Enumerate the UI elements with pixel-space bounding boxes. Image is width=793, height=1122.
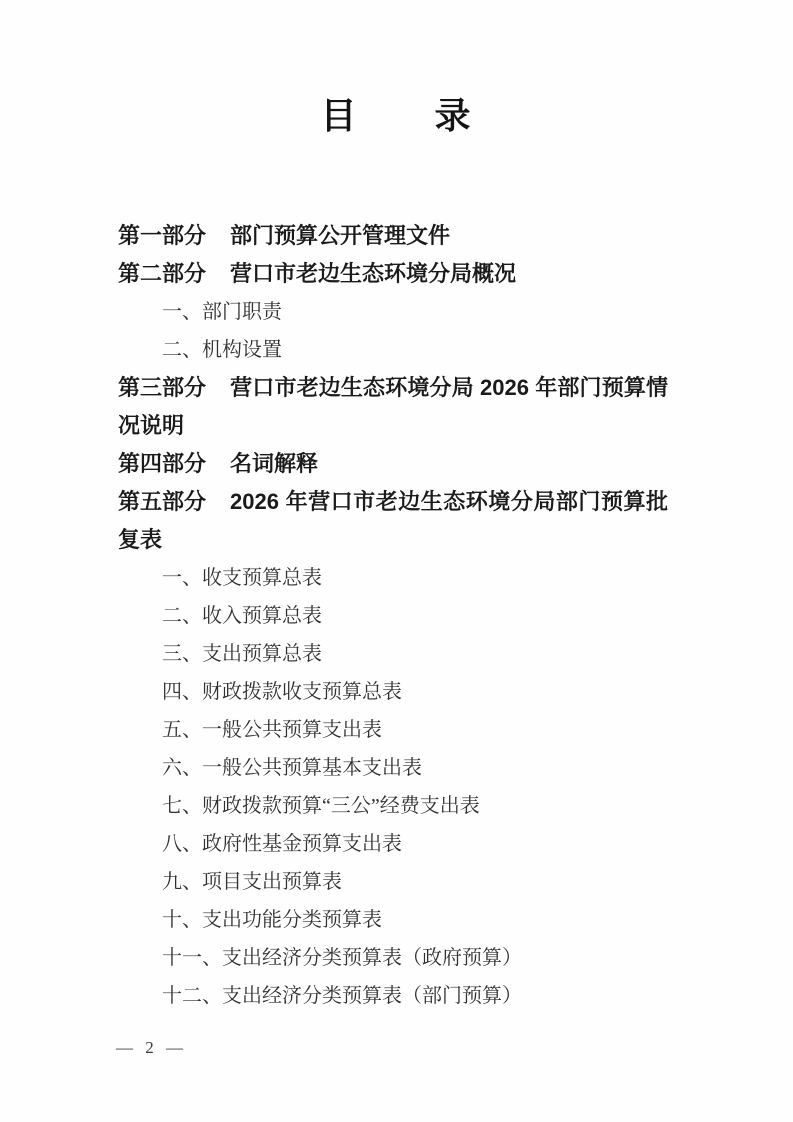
toc-item-text: 五、一般公共预算支出表 (162, 719, 382, 741)
toc-item-entry: 四、财政拨款收支预算总表 (118, 673, 668, 711)
page-number: — 2 — (116, 1038, 187, 1058)
toc-item-entry: 一、部门职责 (118, 293, 668, 331)
toc-section-label: 第四部分 (118, 445, 230, 483)
page-title: 目 录 (0, 0, 793, 139)
toc-item-text: 八、政府性基金预算支出表 (162, 833, 402, 855)
toc-section-entry: 第四部分名词解释 (118, 445, 668, 483)
toc-item-text: 二、收入预算总表 (162, 605, 322, 627)
toc-section-entry: 第一部分部门预算公开管理文件 (118, 217, 668, 255)
toc-item-text: 一、收支预算总表 (162, 567, 322, 589)
toc-section-title: 名词解释 (230, 451, 318, 476)
toc-item-entry: 一、收支预算总表 (118, 559, 668, 597)
toc-item-text: 七、财政拨款预算“三公”经费支出表 (162, 795, 480, 817)
toc-item-text: 十、支出功能分类预算表 (162, 909, 382, 931)
toc-section-entry: 第五部分2026 年营口市老边生态环境分局部门预算批复表 (118, 483, 668, 559)
toc-item-text: 十二、支出经济分类预算表（部门预算） (162, 985, 522, 1007)
toc-item-entry: 九、项目支出预算表 (118, 863, 668, 901)
toc-item-text: 十一、支出经济分类预算表（政府预算） (162, 947, 522, 969)
toc-section-entry: 第三部分营口市老边生态环境分局 2026 年部门预算情况说明 (118, 369, 668, 445)
toc-item-entry: 十、支出功能分类预算表 (118, 901, 668, 939)
toc-section-label: 第二部分 (118, 255, 230, 293)
toc-item-text: 九、项目支出预算表 (162, 871, 342, 893)
toc-item-entry: 七、财政拨款预算“三公”经费支出表 (118, 787, 668, 825)
toc-item-text: 一、部门职责 (162, 301, 282, 323)
toc-item-entry: 三、支出预算总表 (118, 635, 668, 673)
toc-item-entry: 二、收入预算总表 (118, 597, 668, 635)
toc-section-title: 营口市老边生态环境分局概况 (230, 261, 516, 286)
toc-section-entry: 第二部分营口市老边生态环境分局概况 (118, 255, 668, 293)
toc-item-text: 六、一般公共预算基本支出表 (162, 757, 422, 779)
toc-item-text: 四、财政拨款收支预算总表 (162, 681, 402, 703)
toc-item-entry: 八、政府性基金预算支出表 (118, 825, 668, 863)
toc-item-text: 二、机构设置 (162, 339, 282, 361)
toc-item-entry: 十二、支出经济分类预算表（部门预算） (118, 977, 668, 1015)
toc-list: 第一部分部门预算公开管理文件 第二部分营口市老边生态环境分局概况 一、部门职责 … (118, 217, 668, 1015)
toc-section-label: 第三部分 (118, 369, 230, 407)
toc-item-entry: 六、一般公共预算基本支出表 (118, 749, 668, 787)
toc-item-entry: 二、机构设置 (118, 331, 668, 369)
toc-item-text: 三、支出预算总表 (162, 643, 322, 665)
document-page: 目 录 第一部分部门预算公开管理文件 第二部分营口市老边生态环境分局概况 一、部… (0, 0, 793, 1122)
toc-section-title: 部门预算公开管理文件 (230, 223, 450, 248)
toc-section-label: 第五部分 (118, 483, 230, 521)
toc-section-label: 第一部分 (118, 217, 230, 255)
toc-item-entry: 五、一般公共预算支出表 (118, 711, 668, 749)
toc-item-entry: 十一、支出经济分类预算表（政府预算） (118, 939, 668, 977)
